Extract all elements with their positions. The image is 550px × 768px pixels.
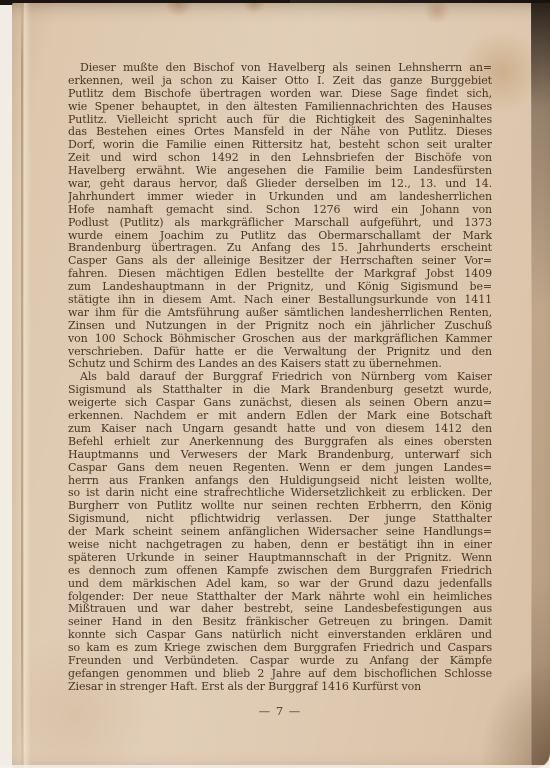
text-line: Sigismund als Statthalter in die Mark Br… bbox=[68, 384, 492, 397]
text-line: von 100 Schock Böhmischer Groschen aus d… bbox=[68, 333, 492, 346]
text-line: wie Spener behauptet, in den ältesten Fa… bbox=[68, 101, 492, 114]
text-line: folgender: Der neue Statthalter der Mark… bbox=[68, 591, 492, 604]
text-line: so kam es zum Kriege zwischen dem Burggr… bbox=[68, 642, 492, 655]
text-line: weise nicht nachgetragen zu haben, denn … bbox=[68, 539, 492, 552]
text-line: Caspar Gans dem neuen Regenten. Wenn er … bbox=[68, 462, 492, 475]
scanned-page: Dieser mußte den Bischof von Havelberg a… bbox=[12, 3, 550, 768]
text-line: und dem märkischen Adel kam, so war der … bbox=[68, 578, 492, 591]
binding-crease bbox=[21, 3, 23, 768]
text-line: es dennoch zum offenen Kampfe zwischen d… bbox=[68, 565, 492, 578]
text-line: Schutz und Schirm des Landes an des Kais… bbox=[68, 358, 492, 371]
book-scan: Dieser mußte den Bischof von Havelberg a… bbox=[0, 0, 550, 768]
text-line: das Bestehen eines Ortes Mansfeld in der… bbox=[68, 126, 492, 139]
text-line: Zeit und wird schon 1492 in den Lehnsbri… bbox=[68, 152, 492, 165]
text-line: Hofe namhaft gemacht sind. Schon 1276 wi… bbox=[68, 204, 492, 217]
text-line: stätigte ihn in diesem Amt. Nach einer B… bbox=[68, 294, 492, 307]
text-line: Befehl erhielt zur Anerkennung des Burgg… bbox=[68, 436, 492, 449]
text-line: zum Kaiser nach Ungarn gesandt hatte und… bbox=[68, 423, 492, 436]
text-line: Putlitz. Vielleicht spricht auch für die… bbox=[68, 114, 492, 127]
text-line: erkennen, weil ja schon zu Kaiser Otto I… bbox=[68, 75, 492, 88]
page-number: — 7 — bbox=[68, 704, 492, 718]
text-line: Havelberg erwähnt. Wie angesehen die Fam… bbox=[68, 165, 492, 178]
text-line: Hauptmanns und Verwesers der Mark Brande… bbox=[68, 449, 492, 462]
text-line: Freunden und Verbündeten. Caspar wurde z… bbox=[68, 655, 492, 668]
text-line: Casper Gans als der alleinige Besitzer d… bbox=[68, 255, 492, 268]
body-text: Dieser mußte den Bischof von Havelberg a… bbox=[68, 62, 492, 694]
page-edge-shadow bbox=[531, 3, 550, 768]
text-line: Dorf, worin die Familie einen Rittersitz… bbox=[68, 139, 492, 152]
binding-crease-highlight bbox=[24, 3, 31, 768]
text-line: fahren. Diesen mächtigen Edlen bestellte… bbox=[68, 268, 492, 281]
text-line: so ist darin nicht eine strafrechtliche … bbox=[68, 487, 492, 500]
text-line: Dieser mußte den Bischof von Havelberg a… bbox=[68, 62, 492, 75]
text-line: zum Landeshauptmann in der Prignitz, und… bbox=[68, 281, 492, 294]
text-line: war, geht daraus hervor, daß Glieder der… bbox=[68, 178, 492, 191]
text-line: erkennen. Nachdem er mit andern Edlen de… bbox=[68, 410, 492, 423]
text-line: gefangen genommen und blieb 2 Jahre auf … bbox=[68, 668, 492, 681]
text-line: konnte sich Caspar Gans natürlich nicht … bbox=[68, 629, 492, 642]
text-line: Zinsen und Nutzungen in der Prignitz noc… bbox=[68, 320, 492, 333]
text-line: Mißtrauen und war daher bestrebt, seine … bbox=[68, 603, 492, 616]
text-line: Brandenburg übertragen. Zu Anfang des 15… bbox=[68, 242, 492, 255]
text-line: verschrieben. Dafür hatte er die Verwalt… bbox=[68, 346, 492, 359]
text-line: Sigismund, nicht pflichtwidrig verlassen… bbox=[68, 513, 492, 526]
text-line: Putlitz dem Bischofe übertragen worden w… bbox=[68, 88, 492, 101]
text-line: war ihm für die Amtsführung außer sämtli… bbox=[68, 307, 492, 320]
paragraph: Als bald darauf der Burggraf Friedrich v… bbox=[68, 371, 492, 693]
text-line: seiner Hand in den Besitz fränkischer Ge… bbox=[68, 616, 492, 629]
text-line: Burgherr von Putlitz wollte nur seinen r… bbox=[68, 500, 492, 513]
text-line: weigerte sich Caspar Gans zunächst, dies… bbox=[68, 397, 492, 410]
text-line: späteren Urkunde in seiner Hauptmannscha… bbox=[68, 552, 492, 565]
text-line: wurde einem Joachim zu Putlitz das Oberm… bbox=[68, 230, 492, 243]
text-line: der Mark scheint seinem anfänglichen Wid… bbox=[68, 526, 492, 539]
text-line: Jahrhundert immer wieder in Urkunden und… bbox=[68, 191, 492, 204]
text-line: Ziesar in strenger Haft. Erst als der Bu… bbox=[68, 681, 492, 694]
text-line: Als bald darauf der Burggraf Friedrich v… bbox=[68, 371, 492, 384]
paragraph: Dieser mußte den Bischof von Havelberg a… bbox=[68, 62, 492, 371]
text-line: Podlust (Putlitz) als markgräflicher Mar… bbox=[68, 217, 492, 230]
text-line: herrn aus Franken anfangs den Huldigungs… bbox=[68, 475, 492, 488]
